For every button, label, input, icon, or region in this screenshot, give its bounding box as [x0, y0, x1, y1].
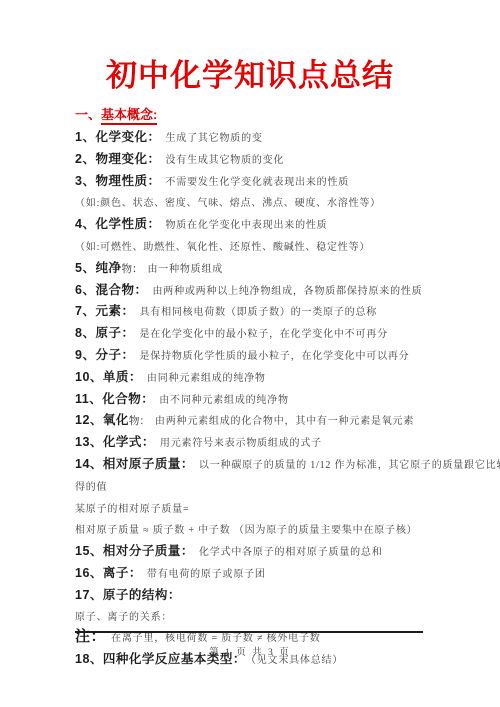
item-term: 原子：	[95, 326, 134, 340]
page-title: 初中化学知识点总结	[0, 0, 500, 95]
item-term: 单质：	[103, 370, 142, 384]
content-lines: 1、化学变化：生成了其它物质的变2、物理变化：没有生成其它物质的变化3、物理性质…	[75, 127, 500, 671]
item-description: 由不同种元素组成的纯净物	[159, 395, 289, 406]
list-item: 14、相对原子质量：以一种碳原子的质量的 1/12 作为标准，其它原子的质量跟它…	[75, 454, 500, 476]
item-term: 相对分子质量：	[103, 544, 194, 558]
item-description: 用元素符号来表示物质组成的式子	[160, 438, 322, 449]
list-item: 6、混合物：由两种或两种以上纯净物组成，各物质都保持原来的性质	[75, 280, 500, 302]
page-number: 第 1 页 共 3 页	[0, 644, 500, 658]
list-item: 7、元素：具有相同核电荷数（即质子数）的一类原子的总称	[75, 301, 500, 323]
item-description: 以一种碳原子的质量的 1/12 作为标准，其它原子的质量跟它比较所	[199, 460, 500, 471]
item-number: 3、	[75, 174, 95, 188]
plain-line-text: （如:颜色、状态、密度、气味、熔点、沸点、硬度、水溶性等）	[75, 198, 381, 209]
item-term: 化合物：	[102, 392, 154, 406]
item-description: 具有相同核电荷数（即质子数）的一类原子的总称	[139, 307, 377, 318]
item-number: 7、	[75, 304, 95, 318]
item-number: 12、	[75, 413, 103, 427]
item-description: 由两种或两种以上纯净物组成，各物质都保持原来的性质	[152, 286, 422, 297]
list-item: 13、化学式：用元素符号来表示物质组成的式子	[75, 432, 500, 454]
item-term: 离子：	[103, 566, 142, 580]
footer-divider	[75, 631, 423, 633]
item-term: 化学性质：	[95, 217, 160, 231]
plain-line: 相对原子质量 ≈ 质子数 + 中子数 （因为原子的质量主要集中在原子核）	[75, 519, 500, 541]
item-number: 14、	[75, 457, 103, 471]
list-item: 16、离子：带有电荷的原子或原子团	[75, 563, 500, 585]
section-heading-text: 基本概念:	[101, 107, 157, 125]
plain-line-text: 某原子的相对原子质量=	[75, 504, 189, 515]
item-number: 9、	[75, 348, 95, 362]
item-description: 由两种元素组成的化合物中，其中有一种元素是氧元素	[155, 416, 414, 427]
plain-line: 某原子的相对原子质量=	[75, 498, 500, 520]
plain-line-text: 相对原子质量 ≈ 质子数 + 中子数 （因为原子的质量主要集中在原子核）	[75, 525, 417, 536]
item-term: 化学变化：	[95, 130, 160, 144]
item-term-suffix: 物：	[121, 264, 142, 275]
item-number: 1、	[75, 130, 95, 144]
plain-line: 原子、离子的关系：	[75, 606, 500, 628]
item-term: 元素：	[95, 304, 134, 318]
plain-line-text: 得的值	[75, 482, 107, 493]
list-item: 8、原子：是在化学变化中的最小粒子，在化学变化中不可再分	[75, 323, 500, 345]
item-number: 11、	[75, 392, 102, 406]
list-item: 17、原子的结构：	[75, 585, 500, 606]
section-heading: 一、基本概念:	[75, 106, 500, 123]
item-description: 生成了其它物质的变	[165, 133, 262, 144]
item-description: 带有电荷的原子或原子团	[147, 569, 266, 580]
item-term: 相对原子质量：	[103, 457, 194, 471]
list-item: 11、化合物：由不同种元素组成的纯净物	[75, 389, 500, 411]
section-heading-prefix: 一、	[75, 107, 101, 122]
plain-line: （如:可燃性、助燃性、氧化性、还原性、酸碱性、稳定性等）	[75, 236, 500, 258]
list-item: 15、相对分子质量：化学式中各原子的相对原子质量的总和	[75, 541, 500, 563]
item-description: 由同种元素组成的纯净物	[147, 373, 266, 384]
item-number: 6、	[75, 283, 95, 297]
list-item: 9、分子：是保持物质化学性质的最小粒子，在化学变化中可以再分	[75, 345, 500, 367]
document-page: 初中化学知识点总结 一、基本概念: 1、化学变化：生成了其它物质的变2、物理变化…	[0, 0, 500, 707]
list-item: 4、化学性质：物质在化学变化中表现出来的性质	[75, 214, 500, 236]
item-term: 纯净	[95, 261, 121, 275]
item-number: 5、	[75, 261, 95, 275]
item-term: 混合物：	[95, 283, 147, 297]
list-item: 5、纯净物：由一种物质组成	[75, 258, 500, 280]
item-number: 2、	[75, 152, 95, 166]
item-number: 8、	[75, 326, 95, 340]
item-description: 是在化学变化中的最小粒子，在化学变化中不可再分	[139, 329, 387, 340]
list-item: 10、单质：由同种元素组成的纯净物	[75, 367, 500, 389]
item-term: 物理变化：	[95, 152, 160, 166]
list-item: 2、物理变化：没有生成其它物质的变化	[75, 149, 500, 171]
item-number: 13、	[75, 435, 103, 449]
item-number: 10、	[75, 370, 103, 384]
item-term: 氧化	[103, 413, 129, 427]
item-term-suffix: 物：	[129, 416, 150, 427]
list-item: 12、氧化物：由两种元素组成的化合物中，其中有一种元素是氧元素	[75, 410, 500, 432]
item-description: 是保持物质化学性质的最小粒子，在化学变化中可以再分	[139, 351, 409, 362]
item-number: 17、	[75, 588, 103, 602]
item-term: 分子：	[95, 348, 134, 362]
item-description: 不需要发生化学变化就表现出来的性质	[165, 177, 349, 188]
plain-line-text: （如:可燃性、助燃性、氧化性、还原性、酸碱性、稳定性等）	[75, 242, 370, 253]
item-description: 物质在化学变化中表现出来的性质	[165, 220, 327, 231]
item-number: 16、	[75, 566, 103, 580]
plain-line: 得的值	[75, 476, 500, 498]
item-term: 化学式：	[103, 435, 155, 449]
item-description: 在离子里，核电荷数 = 质子数 ≠ 核外电子数	[111, 633, 321, 644]
item-description: 化学式中各原子的相对原子质量的总和	[199, 547, 383, 558]
list-item: 1、化学变化：生成了其它物质的变	[75, 127, 500, 149]
plain-line: （如:颜色、状态、密度、气味、熔点、沸点、硬度、水溶性等）	[75, 192, 500, 214]
item-term: 物理性质：	[95, 174, 160, 188]
item-description: 由一种物质组成	[147, 264, 223, 275]
plain-line-text: 原子、离子的关系：	[75, 612, 172, 623]
item-description: 没有生成其它物质的变化	[165, 155, 284, 166]
list-item: 3、物理性质：不需要发生化学变化就表现出来的性质	[75, 171, 500, 193]
item-term: 原子的结构：	[103, 588, 181, 602]
item-number: 4、	[75, 217, 95, 231]
item-number: 15、	[75, 544, 103, 558]
